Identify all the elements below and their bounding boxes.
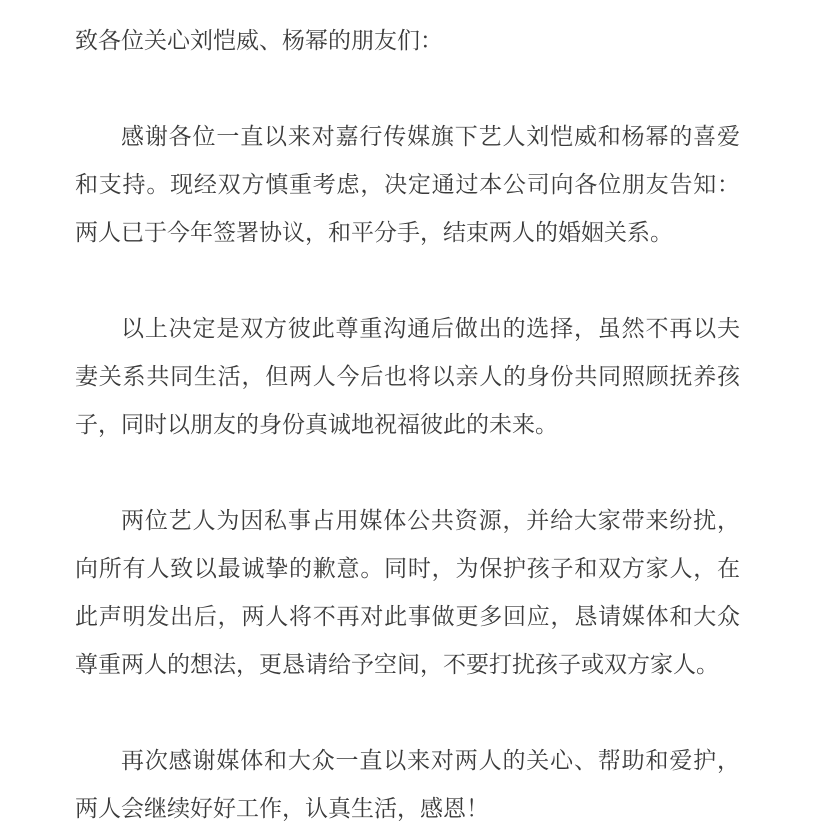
statement-paragraph-2: 以上决定是双方彼此尊重沟通后做出的选择，虽然不再以夫妻关系共同生活，但两人今后也… [75, 304, 740, 448]
statement-paragraph-4: 再次感谢媒体和大众一直以来对两人的关心、帮助和爱护，两人会继续好好工作，认真生活… [75, 736, 740, 832]
statement-paragraph-1: 感谢各位一直以来对嘉行传媒旗下艺人刘恺威和杨幂的喜爱和支持。现经双方慎重考虑，决… [75, 112, 740, 256]
statement-paragraph-3: 两位艺人为因私事占用媒体公共资源，并给大家带来纷扰，向所有人致以最诚挚的歉意。同… [75, 496, 740, 688]
statement-document: 致各位关心刘恺威、杨幂的朋友们： 感谢各位一直以来对嘉行传媒旗下艺人刘恺威和杨幂… [0, 0, 817, 832]
salutation-line: 致各位关心刘恺威、杨幂的朋友们： [75, 16, 740, 64]
